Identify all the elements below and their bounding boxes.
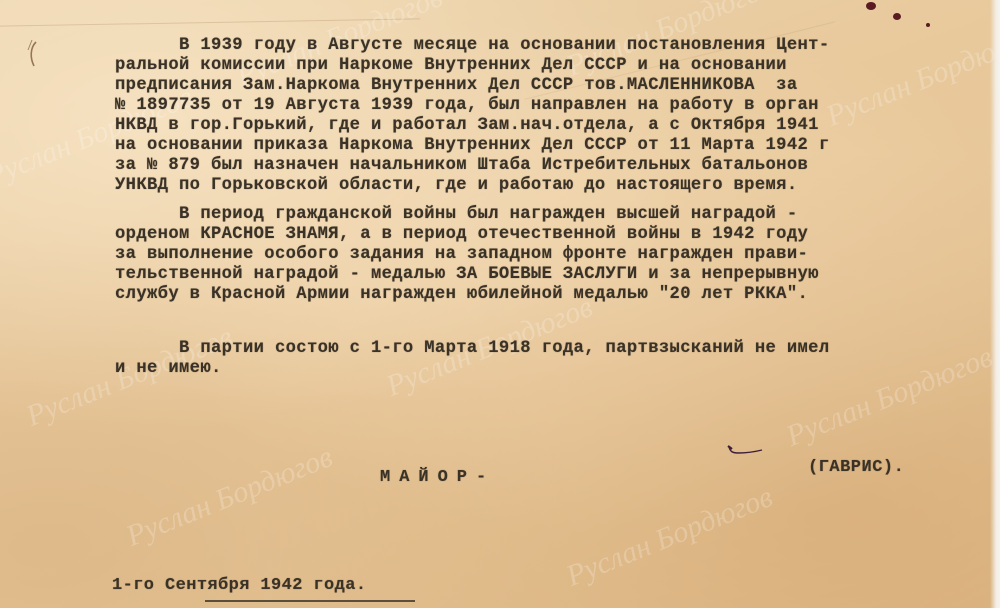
document-date: 1-го Сентября 1942 года.: [112, 576, 366, 595]
text-line: орденом КРАСНОЕ ЗНАМЯ, а в период отечес…: [115, 225, 819, 245]
typed-text: В 1939 году в Августе месяце на основани…: [0, 0, 1000, 608]
paragraph-awards: В период гражданской войны был награжден…: [115, 205, 819, 305]
text-line: НКВД в гор.Горький, где и работал Зам.на…: [115, 116, 830, 136]
text-line: на основании приказа Наркома Внутренних …: [115, 136, 830, 156]
text-line: тельственной наградой - медалью ЗА БОЕВЫ…: [115, 265, 819, 285]
signature-name: (ГАВРИС).: [808, 458, 904, 477]
text-line: УНКВД по Горьковской области, где и рабо…: [115, 176, 830, 196]
date-underline: [205, 600, 415, 602]
text-line: предписания Зам.Наркома Внутренних Дел С…: [115, 76, 830, 96]
text-line: ральной комиссии при Наркоме Внутренних …: [115, 56, 830, 76]
text-line: службу в Красной Армии награжден юбилейн…: [115, 285, 819, 305]
text-line: В партии состою с 1-го Марта 1918 года, …: [115, 339, 830, 359]
text-line: В период гражданской войны был награжден…: [115, 205, 819, 225]
paragraph-party-membership: В партии состою с 1-го Марта 1918 года, …: [115, 339, 830, 379]
text-line: и не имею.: [115, 359, 830, 379]
text-line: за № 879 был назначен начальником Штаба …: [115, 156, 830, 176]
paragraph-service-history: В 1939 году в Августе месяце на основани…: [115, 36, 830, 196]
text-line: № 1897735 от 19 Августа 1939 года, был н…: [115, 96, 830, 116]
pen-mark: [726, 444, 766, 458]
text-line: В 1939 году в Августе месяце на основани…: [115, 36, 830, 56]
text-line: за выполнение особого задания на западно…: [115, 245, 819, 265]
signature-rank: МАЙОР-: [380, 468, 495, 487]
